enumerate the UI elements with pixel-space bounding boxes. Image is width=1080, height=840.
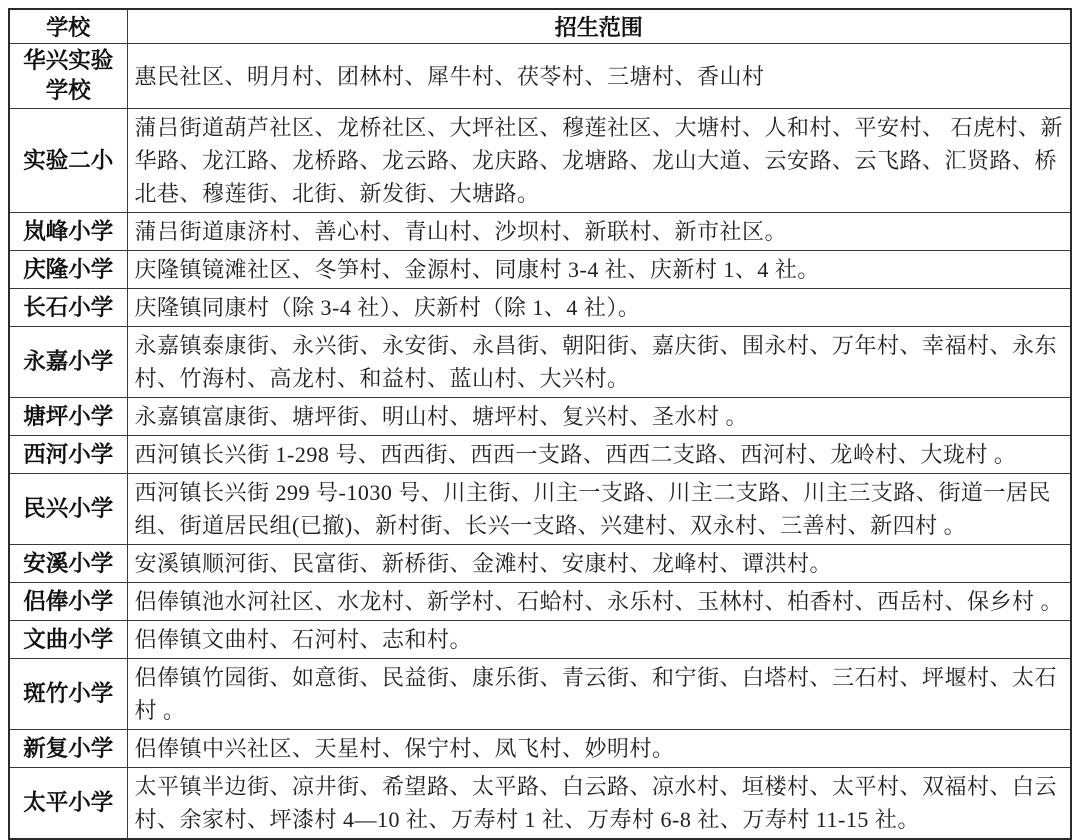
school-name-cell: 斑竹小学: [9, 659, 127, 730]
scope-cell: 永嘉镇泰康街、永兴街、永安街、永昌街、朝阳街、嘉庆街、围永村、万年村、幸福村、永…: [127, 327, 1071, 398]
school-name-cell: 安溪小学: [9, 545, 127, 583]
school-name-cell: 西河小学: [9, 436, 127, 474]
scope-cell: 太平镇半边街、凉井街、希望路、太平路、白云路、凉水村、垣楼村、太平村、双福村、白…: [127, 768, 1071, 840]
school-name-cell: 永嘉小学: [9, 327, 127, 398]
school-name-cell: 实验二小: [9, 109, 127, 213]
scope-cell: 惠民社区、明月村、团林村、犀牛村、茯苓村、三塘村、香山村: [127, 44, 1071, 109]
school-name-cell: 太平小学: [9, 768, 127, 840]
table-body: 华兴实验学校惠民社区、明月村、团林村、犀牛村、茯苓村、三塘村、香山村实验二小蒲吕…: [9, 44, 1071, 840]
header-row: 学校 招生范围: [9, 9, 1071, 44]
scope-cell: 侣俸镇中兴社区、天星村、保宁村、凤飞村、妙明村。: [127, 730, 1071, 768]
table-row: 新复小学侣俸镇中兴社区、天星村、保宁村、凤飞村、妙明村。: [9, 730, 1071, 768]
school-name-cell: 侣俸小学: [9, 583, 127, 621]
table-row: 斑竹小学侣俸镇竹园街、如意街、民益街、康乐街、青云街、和宁街、白塔村、三石村、坪…: [9, 659, 1071, 730]
table-row: 长石小学庆隆镇同康村（除 3-4 社）、庆新村（除 1、4 社）。: [9, 289, 1071, 327]
table-row: 太平小学太平镇半边街、凉井街、希望路、太平路、白云路、凉水村、垣楼村、太平村、双…: [9, 768, 1071, 840]
table-row: 侣俸小学侣俸镇池水河社区、水龙村、新学村、石蛤村、永乐村、玉林村、柏香村、西岳村…: [9, 583, 1071, 621]
school-name-cell: 岚峰小学: [9, 213, 127, 251]
school-name-cell: 庆隆小学: [9, 251, 127, 289]
header-scope: 招生范围: [127, 9, 1071, 44]
table-row: 民兴小学西河镇长兴街 299 号-1030 号、川主街、川主一支路、川主二支路、…: [9, 474, 1071, 545]
school-name-cell: 民兴小学: [9, 474, 127, 545]
scope-cell: 永嘉镇富康街、塘坪街、明山村、塘坪村、复兴村、圣水村 。: [127, 398, 1071, 436]
school-name-cell: 新复小学: [9, 730, 127, 768]
school-name-cell: 塘坪小学: [9, 398, 127, 436]
scope-cell: 安溪镇顺河街、民富街、新桥街、金滩村、安康村、龙峰村、谭洪村。: [127, 545, 1071, 583]
header-school: 学校: [9, 9, 127, 44]
scope-cell: 庆隆镇镜滩社区、冬笋村、金源村、同康村 3-4 社、庆新村 1、4 社。: [127, 251, 1071, 289]
school-name-cell: 文曲小学: [9, 621, 127, 659]
table-row: 实验二小蒲吕街道葫芦社区、龙桥社区、大坪社区、穆莲社区、大塘村、人和村、平安村、…: [9, 109, 1071, 213]
table-row: 华兴实验学校惠民社区、明月村、团林村、犀牛村、茯苓村、三塘村、香山村: [9, 44, 1071, 109]
table-row: 文曲小学侣俸镇文曲村、石河村、志和村。: [9, 621, 1071, 659]
table-row: 西河小学西河镇长兴街 1-298 号、西西街、西西一支路、西西二支路、西河村、龙…: [9, 436, 1071, 474]
enrollment-table: 学校 招生范围 华兴实验学校惠民社区、明月村、团林村、犀牛村、茯苓村、三塘村、香…: [8, 8, 1072, 840]
scope-cell: 侣俸镇池水河社区、水龙村、新学村、石蛤村、永乐村、玉林村、柏香村、西岳村、保乡村…: [127, 583, 1071, 621]
scope-cell: 西河镇长兴街 1-298 号、西西街、西西一支路、西西二支路、西河村、龙岭村、大…: [127, 436, 1071, 474]
scope-cell: 西河镇长兴街 299 号-1030 号、川主街、川主一支路、川主二支路、川主三支…: [127, 474, 1071, 545]
table-row: 塘坪小学永嘉镇富康街、塘坪街、明山村、塘坪村、复兴村、圣水村 。: [9, 398, 1071, 436]
table-row: 安溪小学安溪镇顺河街、民富街、新桥街、金滩村、安康村、龙峰村、谭洪村。: [9, 545, 1071, 583]
scope-cell: 侣俸镇竹园街、如意街、民益街、康乐街、青云街、和宁街、白塔村、三石村、坪堰村、太…: [127, 659, 1071, 730]
table-row: 岚峰小学蒲吕街道康济村、善心村、青山村、沙坝村、新联村、新市社区。: [9, 213, 1071, 251]
scope-cell: 庆隆镇同康村（除 3-4 社）、庆新村（除 1、4 社）。: [127, 289, 1071, 327]
scope-cell: 蒲吕街道康济村、善心村、青山村、沙坝村、新联村、新市社区。: [127, 213, 1071, 251]
school-name-cell: 华兴实验学校: [9, 44, 127, 109]
table-row: 永嘉小学永嘉镇泰康街、永兴街、永安街、永昌街、朝阳街、嘉庆街、围永村、万年村、幸…: [9, 327, 1071, 398]
school-name-cell: 长石小学: [9, 289, 127, 327]
table-row: 庆隆小学庆隆镇镜滩社区、冬笋村、金源村、同康村 3-4 社、庆新村 1、4 社。: [9, 251, 1071, 289]
scope-cell: 蒲吕街道葫芦社区、龙桥社区、大坪社区、穆莲社区、大塘村、人和村、平安村、 石虎村…: [127, 109, 1071, 213]
scope-cell: 侣俸镇文曲村、石河村、志和村。: [127, 621, 1071, 659]
